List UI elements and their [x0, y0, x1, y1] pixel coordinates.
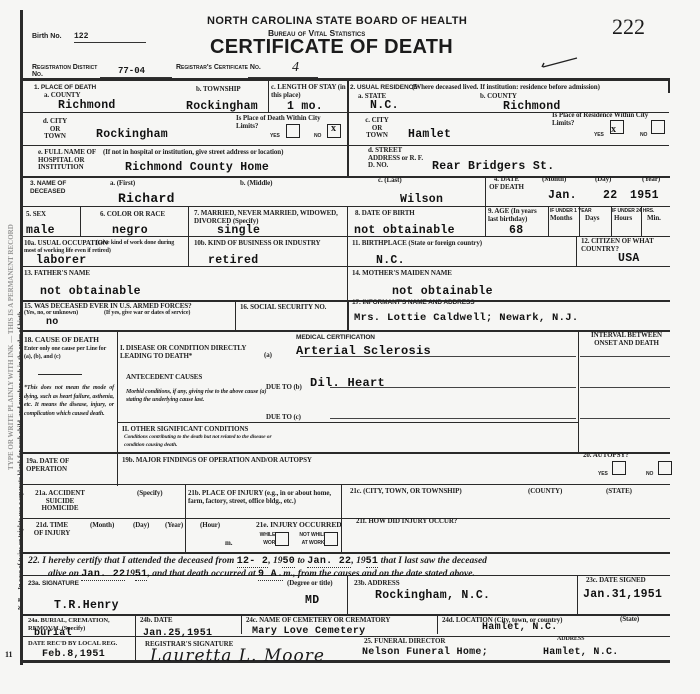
death-year-label: (Year) [642, 176, 660, 184]
death-time: 9 A. [258, 569, 283, 581]
other-conditions-note: Conditions contributing to the death but… [124, 434, 274, 449]
injury-city-label: 21c. (CITY, TOWN, OR TOWNSHIP) [350, 488, 462, 496]
residence-yes-label: YES [594, 132, 604, 140]
occupation-note: (Give kind of work done during most of w… [24, 240, 186, 255]
margin-mark: 11 [5, 650, 13, 659]
certifier-address-value: Rockingham, N.C. [375, 589, 490, 602]
residence-state-value: N.C. [370, 99, 399, 112]
cert-text-4: , and that death occurred at [147, 569, 255, 579]
age-label: 9. AGE (In years last birthday) [488, 208, 548, 223]
how-injury-occurred-label: 21f. HOW DID INJURY OCCUR? [356, 518, 457, 526]
months-label: Months [550, 215, 572, 223]
signature-value: T.R.Henry [54, 599, 119, 612]
citizen-value: USA [618, 252, 640, 265]
findings-label: 19b. MAJOR FINDINGS OF OPERATION AND/OR … [122, 457, 312, 465]
injury-m-label: m. [225, 540, 232, 548]
attended-from-year: 50 [282, 556, 295, 568]
mother-value: not obtainable [392, 285, 493, 298]
deceased-name-label: 3. NAME OF DECEASED [30, 180, 75, 195]
disposition-value: burial [34, 628, 72, 639]
page-number: 222 [612, 14, 645, 40]
received-date-value: Feb.8,1951 [42, 649, 105, 660]
marital-status-value: single [217, 224, 260, 237]
certification-statement: 22. I hereby certify that I attended the… [28, 555, 673, 581]
sex-label: 5. SEX [26, 211, 46, 219]
burial-date-label: 24b. DATE [140, 617, 172, 625]
residence-no-label: NO [640, 132, 647, 140]
residence-city-label: c. CITY OR TOWN [362, 117, 392, 140]
autopsy-yes-checkbox[interactable] [612, 461, 626, 475]
marital-status-label: 7. MARRIED, NEVER MARRIED, WIDOWED, DIVO… [194, 210, 339, 225]
death-city-label: d. CITY OR TOWN [40, 118, 70, 141]
attended-to-year: 51 [366, 556, 379, 568]
cert-text-3: alive on [48, 569, 79, 579]
residence-street-label: d. STREET ADDRESS or R. F. D. NO. [368, 147, 428, 170]
injury-county-label: (COUNTY) [528, 488, 562, 496]
place-of-injury-label: 21b. PLACE OF INJURY (e.g., in or about … [188, 490, 340, 505]
days-label: Days [585, 215, 599, 223]
stay-length-value: 1 mo. [287, 100, 323, 113]
injury-occurred-label: 21e. INJURY OCCURRED [256, 521, 342, 529]
residence-city-value: Hamlet [408, 128, 451, 141]
registrar-certificate-value: 4 [292, 60, 299, 76]
due-to-c-label: DUE TO (c) [266, 414, 301, 422]
injury-day-label: (Day) [133, 522, 149, 530]
first-name-value: Richard [118, 191, 175, 206]
checkmark-icon [540, 55, 580, 70]
funeral-address-value: Hamlet, N.C. [543, 647, 619, 658]
antecedent-note: Morbid conditions, if any, giving rise t… [126, 389, 268, 404]
cemetery-label: 24c. NAME OF CEMETERY OR CREMATORY [246, 617, 390, 625]
hours-label: Hours [614, 215, 632, 223]
death-county-value: Richmond [58, 99, 116, 112]
autopsy-label: 20. AUTOPSY? [583, 452, 629, 460]
citizen-label: 12. CITIZEN OF WHAT COUNTRY? [581, 238, 671, 253]
death-day-label: (Day) [595, 176, 611, 184]
signature-label: 23a. SIGNATURE [28, 580, 79, 588]
accident-specify-label: (Specify) [137, 490, 163, 498]
cert-text-1: 22. I hereby certify that I attended the… [28, 556, 234, 566]
cert-text-19b: , 19 [351, 556, 365, 566]
cert-text-19a: , 19 [268, 556, 282, 566]
injury-state-label: (STATE) [606, 488, 632, 496]
antecedent-causes-label: ANTECEDENT CAUSES [126, 374, 202, 382]
margin-note-ink: TYPE OR WRITE PLAINLY WITH INK — THIS IS… [7, 224, 15, 470]
residence-city-limits-yes-checkbox[interactable]: x [610, 120, 624, 134]
stay-length-label: c. LENGTH OF STAY (in this place) [271, 84, 347, 99]
autopsy-yes-label: YES [598, 471, 608, 479]
birth-no-label: Birth No. [32, 33, 62, 40]
last-name-label: c. (Last) [378, 177, 402, 185]
death-township-label: b. TOWNSHIP [196, 86, 241, 94]
institution-label: e. FULL NAME OF HOSPITAL OR INSTITUTION [38, 149, 103, 172]
cert-text-2: that I last saw the deceased [381, 556, 487, 566]
autopsy-no-label: NO [646, 471, 653, 479]
race-label: 6. COLOR OR RACE [100, 211, 165, 219]
interval-label: INTERVAL BETWEEN ONSET AND DEATH [584, 332, 669, 347]
race-value: negro [112, 224, 148, 237]
not-while-at-work-checkbox[interactable] [324, 532, 338, 546]
accident-type-label: 21a. ACCIDENT SUICIDE HOMICIDE [30, 490, 90, 513]
registrar-certificate-label: Registrar's Certificate No. [176, 64, 266, 71]
cause-b-value: Dil. Heart [310, 376, 385, 390]
death-city-limits-yes-checkbox[interactable] [286, 124, 300, 138]
funeral-director-value: Nelson Funeral Home; [362, 647, 488, 658]
armed-forces-note-2: (If yes, give war or dates of service) [104, 310, 190, 318]
sex-value: male [26, 224, 55, 237]
attended-to-date: Jan. 22 [307, 556, 351, 568]
armed-forces-value: no [46, 317, 59, 328]
informant-value: Mrs. Lottie Caldwell; Newark, N.J. [354, 312, 578, 324]
due-to-b-label: DUE TO (b) [266, 384, 302, 392]
father-label: 13. FATHER'S NAME [24, 270, 90, 278]
funeral-address-label: ADDRESS [557, 636, 584, 644]
last-name-value: Wilson [400, 193, 443, 206]
cert-text-5: m., from the causes and on the date stat… [283, 569, 475, 579]
autopsy-no-checkbox[interactable] [658, 461, 672, 475]
registration-district-value: 77-04 [118, 66, 145, 76]
death-no-label: NO [314, 133, 321, 141]
while-at-work-checkbox[interactable] [275, 532, 289, 546]
birthplace-value: N.C. [376, 254, 405, 267]
death-month-value: Jan. [548, 189, 577, 202]
cause-of-death-label: 18. CAUSE OF DEATH [24, 336, 99, 344]
residence-note: (Where deceased lived. If institution: r… [412, 84, 600, 92]
cemetery-value: Mary Love Cemetery [252, 626, 365, 637]
min-label: Min. [647, 215, 661, 223]
disease-condition-label: I. DISEASE OR CONDITION DIRECTLY LEADING… [120, 345, 255, 360]
date-of-death-label: 4. DATE OF DEATH [489, 176, 524, 191]
death-yes-label: YES [270, 133, 280, 141]
business-label: 10b. KIND OF BUSINESS OR INDUSTRY [194, 240, 339, 248]
date-signed-value: Jan.31,1951 [583, 588, 662, 601]
business-value: retired [208, 254, 258, 267]
document-title: CERTIFICATE OF DEATH [210, 36, 453, 59]
birthplace-label: 11. BIRTHPLACE (State or foreign country… [352, 240, 482, 248]
time-of-injury-label: 21d. TIME OF INJURY [32, 522, 72, 537]
death-city-limits-no-checkbox[interactable]: x [327, 124, 341, 138]
residence-label: 2. USUAL RESIDENCE [350, 84, 417, 92]
institution-value: Richmond County Home [125, 161, 269, 174]
medical-section-title: MEDICAL CERTIFICATION [296, 334, 375, 342]
informant-label: 17. INFORMANT'S NAME AND ADDRESS [352, 299, 474, 307]
agency-title: NORTH CAROLINA STATE BOARD OF HEALTH [207, 15, 467, 27]
death-city-value: Rockingham [96, 128, 168, 141]
injury-year-label: (Year) [165, 522, 183, 530]
operation-date-label: 19a. DATE OF OPERATION [26, 458, 96, 473]
injury-month-label: (Month) [90, 522, 114, 530]
injury-hour-label: (Hour) [200, 522, 220, 530]
death-day-value: 22 [603, 189, 617, 202]
burial-state-label: (State) [620, 616, 639, 624]
other-conditions-label: II. OTHER SIGNIFICANT CONDITIONS [122, 426, 248, 434]
residence-city-limits-no-checkbox[interactable] [651, 120, 665, 134]
ssn-label: 16. SOCIAL SECURITY NO. [240, 304, 326, 312]
death-month-label: (Month) [542, 176, 566, 184]
residence-street-value: Rear Bridgers St. [432, 160, 554, 173]
degree-label: (Degree or title) [287, 580, 332, 588]
burial-date-value: Jan.25,1951 [143, 628, 212, 639]
certifier-address-label: 23b. ADDRESS [354, 580, 399, 588]
date-signed-label: 23c. DATE SIGNED [586, 577, 646, 585]
registrar-signature: Lauretta L. Moore [150, 646, 325, 666]
dob-value: not obtainable [354, 224, 455, 237]
cause-footnote: *This does not mean the mode of dying, s… [24, 384, 114, 418]
last-seen-alive-year: 51 [135, 569, 148, 581]
age-value: 68 [509, 224, 523, 237]
last-seen-alive-date: Jan. 22 [81, 569, 125, 581]
received-date-label: DATE REC'D BY LOCAL REG. [28, 640, 136, 648]
burial-location-value: Hamlet, N.C. [482, 622, 558, 633]
mother-label: 14. MOTHER'S MAIDEN NAME [352, 270, 452, 278]
institution-note: (If not in hospital or institution, give… [103, 149, 283, 157]
father-value: not obtainable [40, 285, 141, 298]
dob-label: 8. DATE OF BIRTH [355, 210, 415, 218]
middle-name-label: b. (Middle) [240, 180, 272, 188]
death-year-value: 1951 [630, 189, 659, 202]
attended-from-date: 12- 2 [237, 556, 269, 568]
cause-a-value: Arterial Sclerosis [296, 344, 431, 358]
degree-value: MD [305, 594, 319, 607]
cert-text-19c: 19 [125, 569, 135, 579]
first-name-label: a. (First) [110, 180, 135, 188]
registration-district-label: Registration District No. [32, 64, 102, 78]
cause-instructions: Enter only one cause per Line for (a), (… [24, 346, 114, 361]
cause-a-label: (a) [264, 352, 272, 360]
cert-text-to: to [297, 556, 304, 566]
death-township-value: Rockingham [186, 100, 258, 113]
birth-no-value: 122 [74, 32, 88, 41]
occupation-value: laborer [36, 254, 86, 267]
funeral-director-label: 25. FUNERAL DIRECTOR [364, 638, 445, 646]
